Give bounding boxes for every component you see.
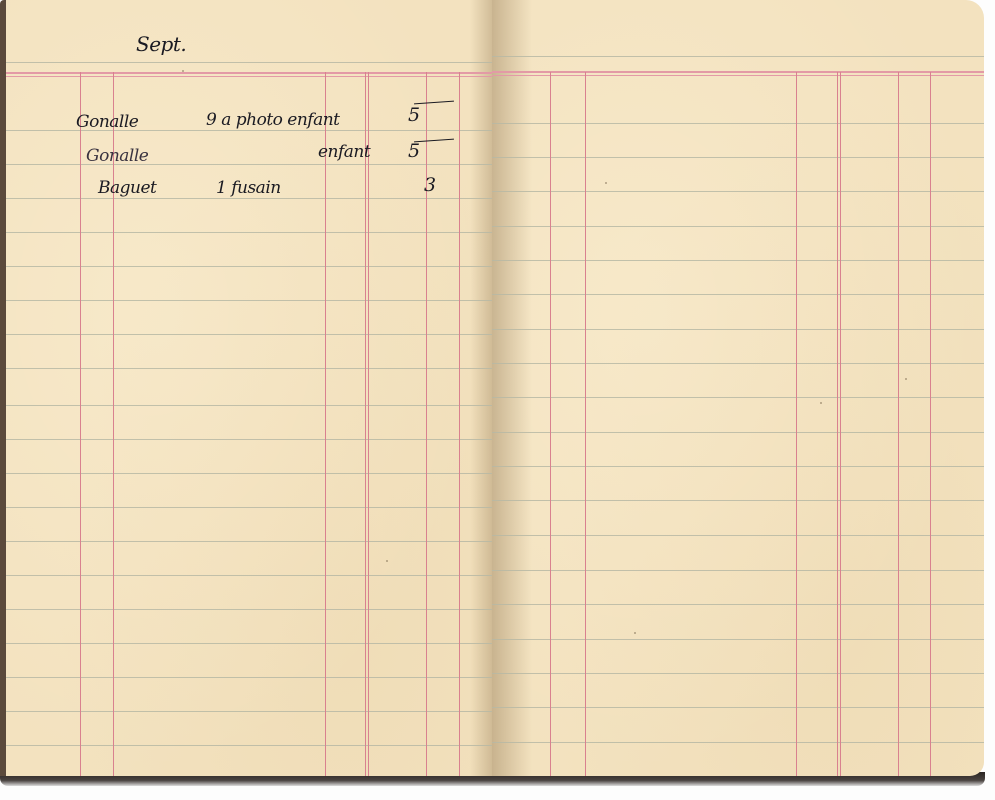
ruled-line: [6, 609, 492, 610]
column-rule: [585, 72, 586, 776]
entry-2-amount: 5: [408, 140, 420, 162]
ruled-line: [492, 329, 984, 330]
ruled-line: [492, 294, 984, 295]
column-rule: [930, 72, 931, 776]
ruled-line: [6, 473, 492, 474]
column-rule: [368, 72, 369, 776]
ruled-line: [492, 639, 984, 640]
ruled-line: [6, 541, 492, 542]
ruled-line: [6, 507, 492, 508]
entry-3-description: 1 fusain: [216, 178, 281, 198]
header-rule: [6, 62, 492, 63]
header-red-rule-top: [6, 72, 492, 74]
ruled-line: [492, 570, 984, 571]
ruled-line: [492, 226, 984, 227]
paper-speck: [634, 632, 636, 634]
paper-speck: [820, 402, 822, 404]
ruled-line: [492, 742, 984, 743]
ruled-line: [6, 711, 492, 712]
entry-3-amount: 3: [424, 174, 436, 196]
ruled-line: [6, 266, 492, 267]
header-rule: [492, 56, 984, 57]
ruled-line: [6, 334, 492, 335]
notebook-spread: Sept. Gonalle 9 a photo enfant 5 Gonalle…: [0, 0, 995, 800]
paper-speck: [182, 70, 184, 72]
entry-2-name: Gonalle: [86, 146, 148, 166]
header-red-rule-bottom: [6, 76, 492, 77]
column-rule: [550, 72, 551, 776]
ruled-line: [6, 300, 492, 301]
column-rule: [796, 72, 797, 776]
month-heading: Sept.: [136, 32, 186, 56]
column-rule: [459, 72, 460, 776]
paper-speck: [605, 182, 607, 184]
ruled-line: [492, 191, 984, 192]
amount-flourish: [414, 139, 454, 143]
binding-shadow-left: [470, 0, 492, 776]
ruled-line: [6, 232, 492, 233]
ruled-line: [492, 707, 984, 708]
ruled-line: [6, 643, 492, 644]
ruled-line: [6, 368, 492, 369]
left-page: Sept. Gonalle 9 a photo enfant 5 Gonalle…: [0, 0, 492, 776]
entry-1-amount: 5: [408, 104, 420, 126]
ruled-line: [492, 363, 984, 364]
paper-speck: [386, 560, 388, 562]
column-rule: [840, 72, 841, 776]
ruled-line: [6, 677, 492, 678]
ruled-line: [6, 198, 492, 199]
binding-shadow-right: [492, 0, 532, 776]
column-rule: [837, 72, 838, 776]
column-rule: [80, 72, 81, 776]
ruled-line: [492, 260, 984, 261]
ruled-line: [492, 535, 984, 536]
ruled-line: [6, 164, 492, 165]
ruled-line: [6, 745, 492, 746]
column-rule: [325, 72, 326, 776]
paper-speck: [905, 378, 907, 380]
ruled-line: [492, 500, 984, 501]
column-rule: [365, 72, 366, 776]
header-red-rule-bottom: [492, 75, 984, 76]
entry-2-description: enfant: [318, 142, 370, 162]
ruled-line: [6, 575, 492, 576]
ruled-line: [492, 123, 984, 124]
entry-1-name: Gonalle: [76, 112, 138, 132]
entry-3-name: Baguet: [98, 178, 156, 198]
ruled-line: [492, 466, 984, 467]
paper-speck: [268, 124, 270, 126]
column-rule: [898, 72, 899, 776]
entry-1-description: 9 a photo enfant: [206, 110, 340, 130]
ruled-line: [6, 439, 492, 440]
ruled-line: [492, 397, 984, 398]
ruled-line: [6, 405, 492, 406]
ruled-line: [492, 157, 984, 158]
ruled-line: [492, 604, 984, 605]
header-red-rule-top: [492, 71, 984, 73]
right-page: [492, 0, 984, 776]
ruled-line: [492, 432, 984, 433]
ruled-line: [492, 673, 984, 674]
amount-flourish: [414, 101, 454, 105]
